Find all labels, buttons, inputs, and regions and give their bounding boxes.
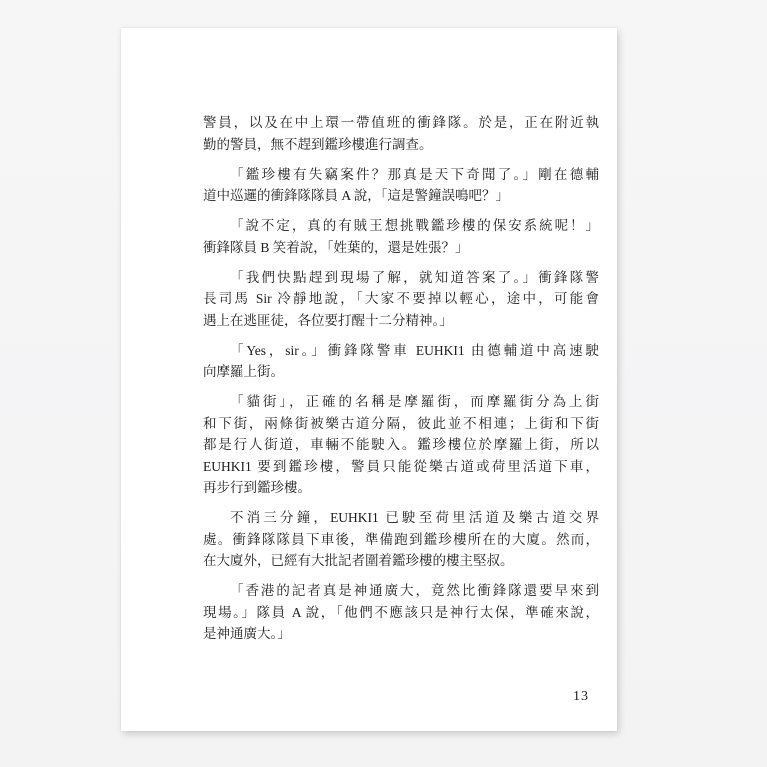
text-line: 處。衝鋒隊隊員下車後，準備跑到鑑珍樓所在的大廈。然而，: [203, 529, 599, 551]
text-line: 「香港的記者真是神通廣大，竟然比衝鋒隊還要早來到: [203, 580, 599, 602]
text-line: 長司馬 Sir 冷靜地說，「大家不要掉以輕心，途中，可能會: [203, 288, 599, 310]
text-line: 現場。」隊員 A 說，「他們不應該只是神行太保，準確來說，: [203, 602, 599, 624]
text-line: 在大廈外，已經有大批記者圍着鑑珍樓的樓主堅叔。: [203, 550, 599, 572]
text-line: 和下街，兩條街被樂古道分隔，彼此並不相連；上街和下街: [203, 413, 599, 435]
page-number: 13: [551, 689, 611, 705]
paragraph: 警員，以及在中上環一帶值班的衝鋒隊。於是，正在附近執 勤的警員，無不趕到鑑珍樓進…: [203, 112, 599, 155]
paragraph: 「Yes，sir。」衝鋒隊警車 EUHKI1 由德輔道中高速駛 向摩羅上街。: [203, 340, 599, 383]
text-line: 遇上在逃匪徒，各位要打醒十二分精神。」: [203, 310, 599, 332]
text-line: 「貓街」，正確的名稱是摩羅街，而摩羅街分為上街: [203, 391, 599, 413]
text-line: 再步行到鑑珍樓。: [203, 477, 599, 499]
text-line: EUHKI1 要到鑑珍樓，警員只能從樂古道或荷里活道下車，: [203, 456, 599, 478]
paragraph: 「我們快點趕到現場了解，就知道答案了。」衝鋒隊警 長司馬 Sir 冷靜地說，「大…: [203, 267, 599, 332]
paragraph: 「貓街」，正確的名稱是摩羅街，而摩羅街分為上街 和下街，兩條街被樂古道分隔，彼此…: [203, 391, 599, 499]
text-line: 是神通廣大。」: [203, 623, 599, 645]
paragraph: 「香港的記者真是神通廣大，竟然比衝鋒隊還要早來到 現場。」隊員 A 說，「他們不…: [203, 580, 599, 645]
paragraph: 「說不定，真的有賊王想挑戰鑑珍樓的保安系統呢！」 衝鋒隊員 B 笑着說，「姓葉的…: [203, 215, 599, 258]
text-line: 衝鋒隊員 B 笑着說，「姓葉的，還是姓張？」: [203, 237, 599, 259]
viewer-background: 警員，以及在中上環一帶值班的衝鋒隊。於是，正在附近執 勤的警員，無不趕到鑑珍樓進…: [0, 0, 767, 767]
text-line: 「鑑珍樓有失竊案件？那真是天下奇聞了。」剛在德輔: [203, 164, 599, 186]
book-page: 警員，以及在中上環一帶值班的衝鋒隊。於是，正在附近執 勤的警員，無不趕到鑑珍樓進…: [121, 28, 617, 731]
paragraph: 「鑑珍樓有失竊案件？那真是天下奇聞了。」剛在德輔 道中巡邏的衝鋒隊隊員 A 說，…: [203, 164, 599, 207]
text-line: 勤的警員，無不趕到鑑珍樓進行調查。: [203, 134, 599, 156]
text-line: 警員，以及在中上環一帶值班的衝鋒隊。於是，正在附近執: [203, 112, 599, 134]
text-line: 「說不定，真的有賊王想挑戰鑑珍樓的保安系統呢！」: [203, 215, 599, 237]
text-line: 「我們快點趕到現場了解，就知道答案了。」衝鋒隊警: [203, 267, 599, 289]
text-line: 都是行人街道，車輛不能駛入。鑑珍樓位於摩羅上街，所以: [203, 434, 599, 456]
text-block: 警員，以及在中上環一帶值班的衝鋒隊。於是，正在附近執 勤的警員，無不趕到鑑珍樓進…: [203, 112, 599, 645]
paragraph: 不消三分鐘，EUHKI1 已駛至荷里活道及樂古道交界 處。衝鋒隊隊員下車後，準備…: [203, 507, 599, 572]
text-line: 道中巡邏的衝鋒隊隊員 A 說，「這是警鐘誤鳴吧？」: [203, 185, 599, 207]
text-line: 不消三分鐘，EUHKI1 已駛至荷里活道及樂古道交界: [203, 507, 599, 529]
text-line: 向摩羅上街。: [203, 361, 599, 383]
text-line: 「Yes，sir。」衝鋒隊警車 EUHKI1 由德輔道中高速駛: [203, 340, 599, 362]
